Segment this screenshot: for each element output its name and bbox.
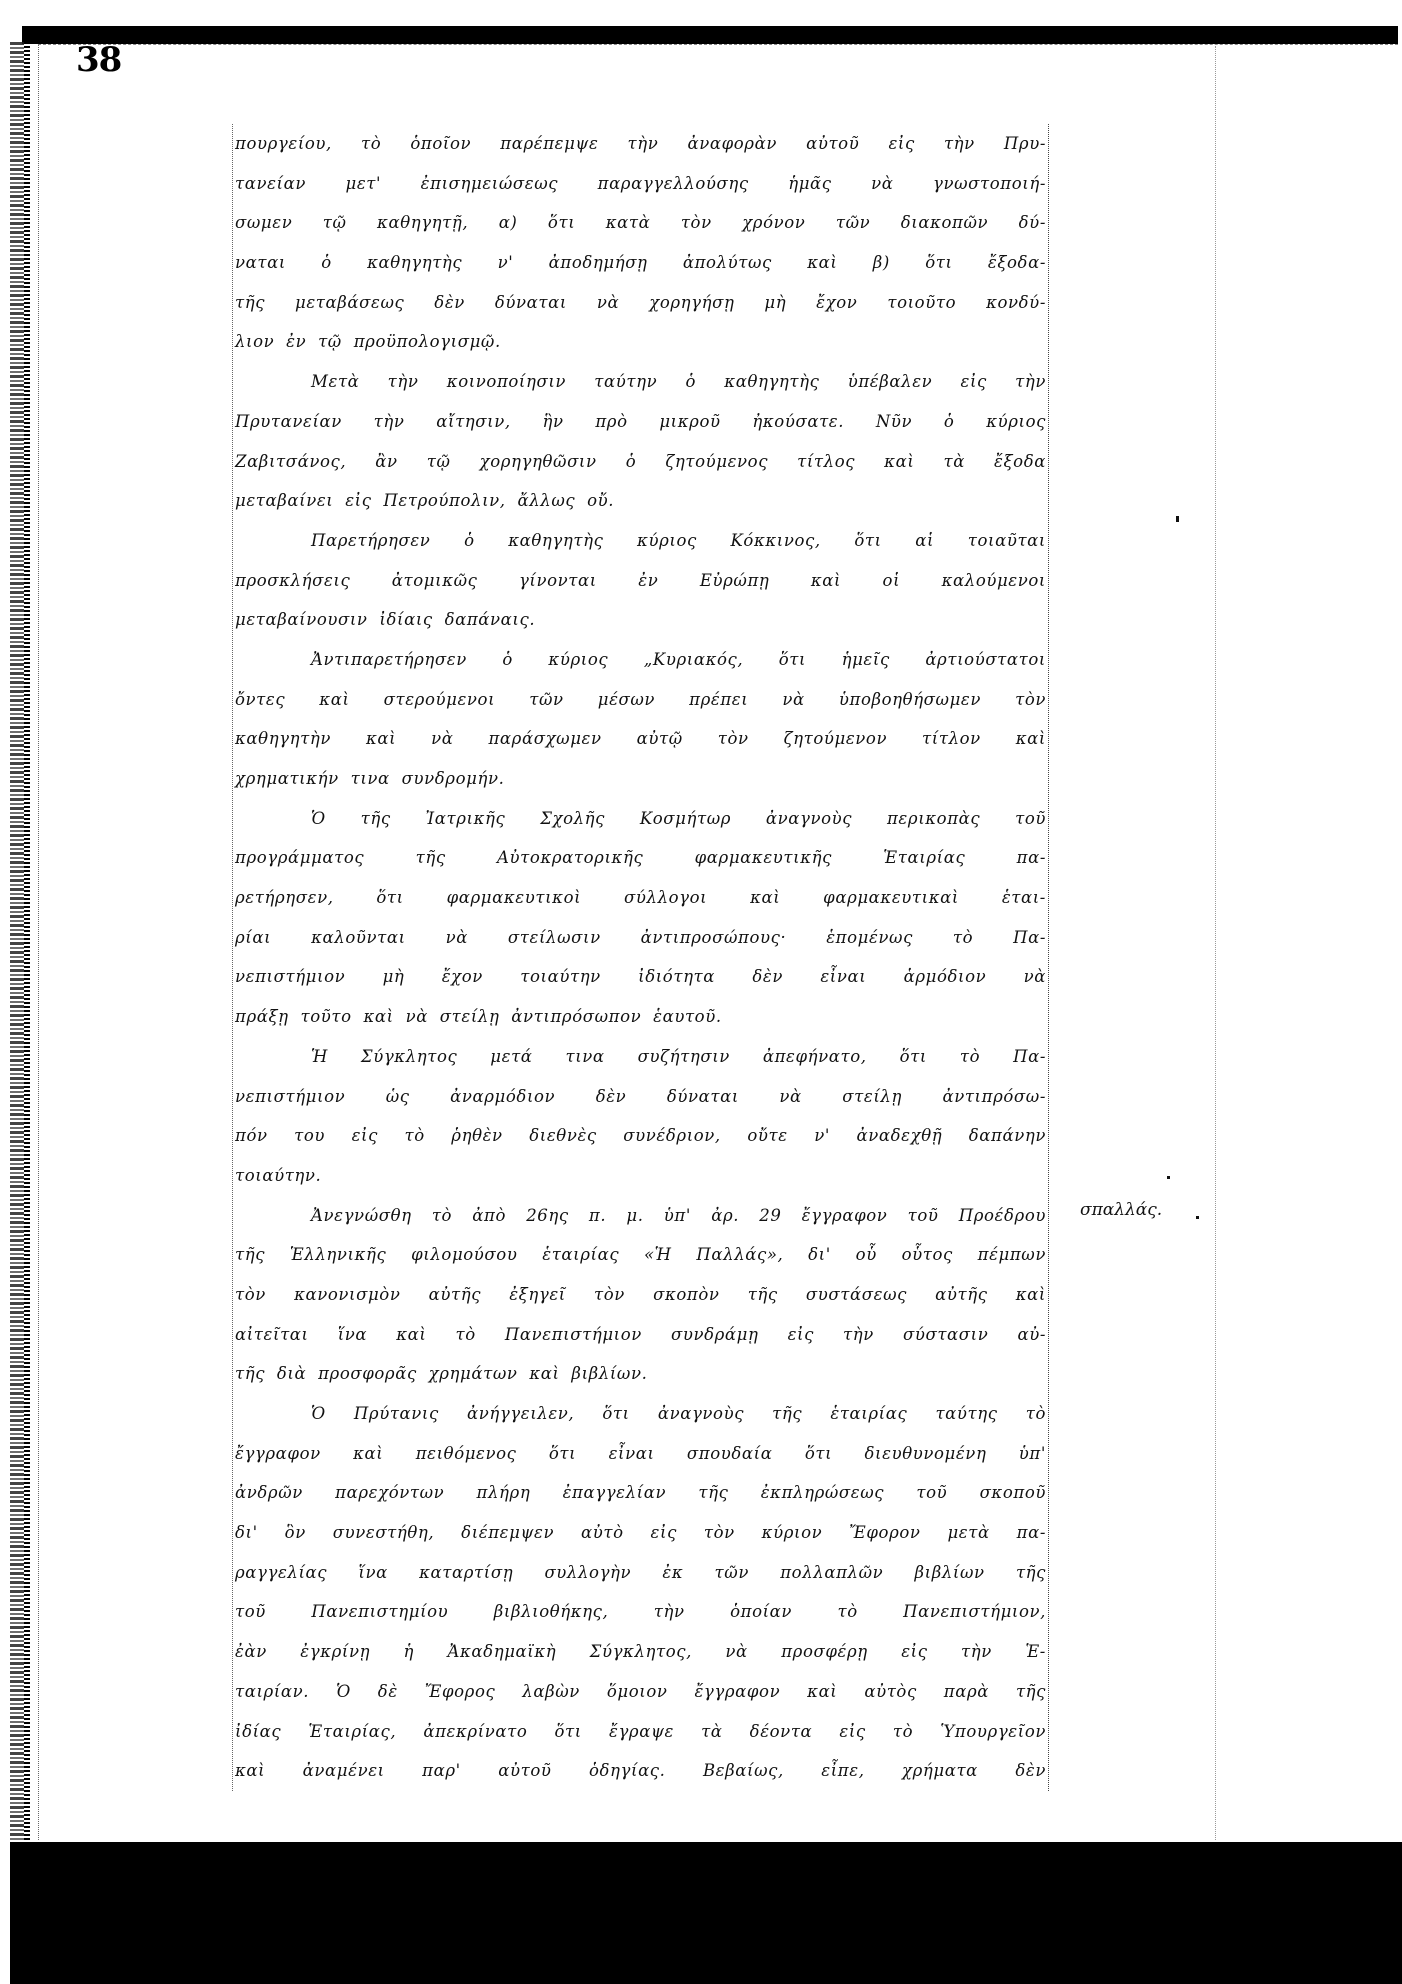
manuscript-line: αἰτεῖται ἵνα καὶ τὸ Πανεπιστήμιον συνδρά… — [233, 1315, 1048, 1355]
page-right-fold — [1215, 46, 1216, 1840]
manuscript-line: ραγγελίας ἵνα καταρτίσῃ συλλογὴν ἐκ τῶν … — [233, 1553, 1048, 1593]
manuscript-line: ἀνδρῶν παρεχόντων πλήρη ἐπαγγελίαν τῆς ἐ… — [233, 1473, 1048, 1513]
manuscript-line: ἰδίας Ἑταιρίας, ἀπεκρίνατο ὅτι ἔγραψε τὰ… — [233, 1712, 1048, 1752]
manuscript-line: πόν του εἰς τὸ ῥηθὲν διεθνὲς συνέδριον, … — [233, 1116, 1048, 1156]
manuscript-line: Παρετήρησεν ὁ καθηγητὴς κύριος Κόκκινος,… — [233, 521, 1048, 561]
manuscript-line: καθηγητὴν καὶ νὰ παράσχωμεν αὐτῷ τὸν ζητ… — [233, 719, 1048, 759]
manuscript-line: ναται ὁ καθηγητὴς ν' ἀποδημήσῃ ἀπολύτως … — [233, 243, 1048, 283]
page-left-edge — [38, 44, 39, 1840]
manuscript-line: πράξῃ τοῦτο καὶ νὰ στείλῃ ἀντιπρόσωπον ἑ… — [233, 997, 1048, 1037]
manuscript-line: Ὁ τῆς Ἰατρικῆς Σχολῆς Κοσμήτωρ ἀναγνοὺς … — [233, 799, 1048, 839]
manuscript-line: καὶ ἀναμένει παρ' αὐτοῦ ὁδηγίας. Βεβαίως… — [233, 1751, 1048, 1791]
manuscript-line: τοιαύτην. — [233, 1156, 1048, 1196]
manuscript-line: τανείαν μετ' ἐπισημειώσεως παραγγελλούση… — [233, 164, 1048, 204]
manuscript-line: Ἡ Σύγκλητος μετά τινα συζήτησιν ἀπεφήνατ… — [233, 1037, 1048, 1077]
manuscript-line: λιον ἐν τῷ προϋπολογισμῷ. — [233, 322, 1048, 362]
ink-mark — [1196, 1216, 1199, 1219]
manuscript-line: νεπιστήμιον μὴ ἔχον τοιαύτην ἰδιότητα δὲ… — [233, 957, 1048, 997]
margin-note: σπαλλάς. — [1080, 1200, 1162, 1220]
manuscript-line: προσκλήσεις ἀτομικῶς γίνονται ἐν Εὐρώπῃ … — [233, 561, 1048, 601]
manuscript-line: Ὁ Πρύτανις ἀνήγγειλεν, ὅτι ἀναγνοὺς τῆς … — [233, 1394, 1048, 1434]
manuscript-line: Μετὰ τὴν κοινοποίησιν ταύτην ὁ καθηγητὴς… — [233, 362, 1048, 402]
manuscript-line: ἐὰν ἐγκρίνῃ ἡ Ἀκαδημαϊκὴ Σύγκλητος, νὰ π… — [233, 1632, 1048, 1672]
manuscript-line: τῆς Ἑλληνικῆς φιλομούσου ἑταιρίας «Ἡ Παλ… — [233, 1235, 1048, 1275]
manuscript-line: ὄντες καὶ στερούμενοι τῶν μέσων πρέπει ν… — [233, 680, 1048, 720]
ink-mark — [1176, 516, 1179, 522]
manuscript-line: ταιρίαν. Ὁ δὲ Ἔφορος λαβὼν ὅμοιον ἔγγραφ… — [233, 1672, 1048, 1712]
manuscript-line: ἔγγραφον καὶ πειθόμενος ὅτι εἶναι σπουδα… — [233, 1434, 1048, 1474]
manuscript-line: Ἀνεγνώσθη τὸ ἀπὸ 26ης π. μ. ὑπ' ἀρ. 29 ἔ… — [233, 1196, 1048, 1236]
manuscript-line: μεταβαίνουσιν ἰδίαις δαπάναις. — [233, 600, 1048, 640]
manuscript-line: νεπιστήμιον ὡς ἀναρμόδιον δὲν δύναται νὰ… — [233, 1077, 1048, 1117]
manuscript-line: δι' ὃν συνεστήθη, διέπεμψεν αὐτὸ εἰς τὸν… — [233, 1513, 1048, 1553]
manuscript-line: Ἀντιπαρετήρησεν ὁ κύριος „Κυριακός, ὅτι … — [233, 640, 1048, 680]
manuscript-line: τοῦ Πανεπιστημίου βιβλιοθήκης, τὴν ὁποία… — [233, 1592, 1048, 1632]
ink-mark — [1167, 1176, 1170, 1179]
manuscript-line: Ζαβιτσάνος, ἂν τῷ χορηγηθῶσιν ὁ ζητούμεν… — [233, 442, 1048, 482]
page-number: 38 — [76, 40, 121, 80]
manuscript-line: μεταβαίνει εἰς Πετρούπολιν, ἄλλως οὔ. — [233, 481, 1048, 521]
manuscript-body: πουργείου, τὸ ὁποῖον παρέπεμψε τὴν ἀναφο… — [232, 124, 1049, 1791]
manuscript-line: πουργείου, τὸ ὁποῖον παρέπεμψε τὴν ἀναφο… — [233, 124, 1048, 164]
manuscript-line: ρετήρησεν, ὅτι φαρμακευτικοὶ σύλλογοι κα… — [233, 878, 1048, 918]
manuscript-line: τὸν κανονισμὸν αὐτῆς ἐξηγεῖ τὸν σκοπὸν τ… — [233, 1275, 1048, 1315]
manuscript-line: Πρυτανείαν τὴν αἴτησιν, ἣν πρὸ μικροῦ ἠκ… — [233, 402, 1048, 442]
manuscript-line: σωμεν τῷ καθηγητῇ, α) ὅτι κατὰ τὸν χρόνο… — [233, 203, 1048, 243]
scan-bottom-border — [10, 1842, 1402, 1984]
scan-binding-edge-inner — [24, 42, 30, 1842]
scan-top-border — [22, 26, 1398, 44]
manuscript-line: χρηματικήν τινα συνδρομήν. — [233, 759, 1048, 799]
manuscript-line: τῆς διὰ προσφορᾶς χρημάτων καὶ βιβλίων. — [233, 1354, 1048, 1394]
manuscript-line: τῆς μεταβάσεως δὲν δύναται νὰ χορηγήσῃ μ… — [233, 283, 1048, 323]
page-top-edge — [38, 44, 1398, 45]
manuscript-line: προγράμματος τῆς Αὐτοκρατορικῆς φαρμακευ… — [233, 838, 1048, 878]
manuscript-line: ρίαι καλοῦνται νὰ στείλωσιν ἀντιπροσώπου… — [233, 918, 1048, 958]
